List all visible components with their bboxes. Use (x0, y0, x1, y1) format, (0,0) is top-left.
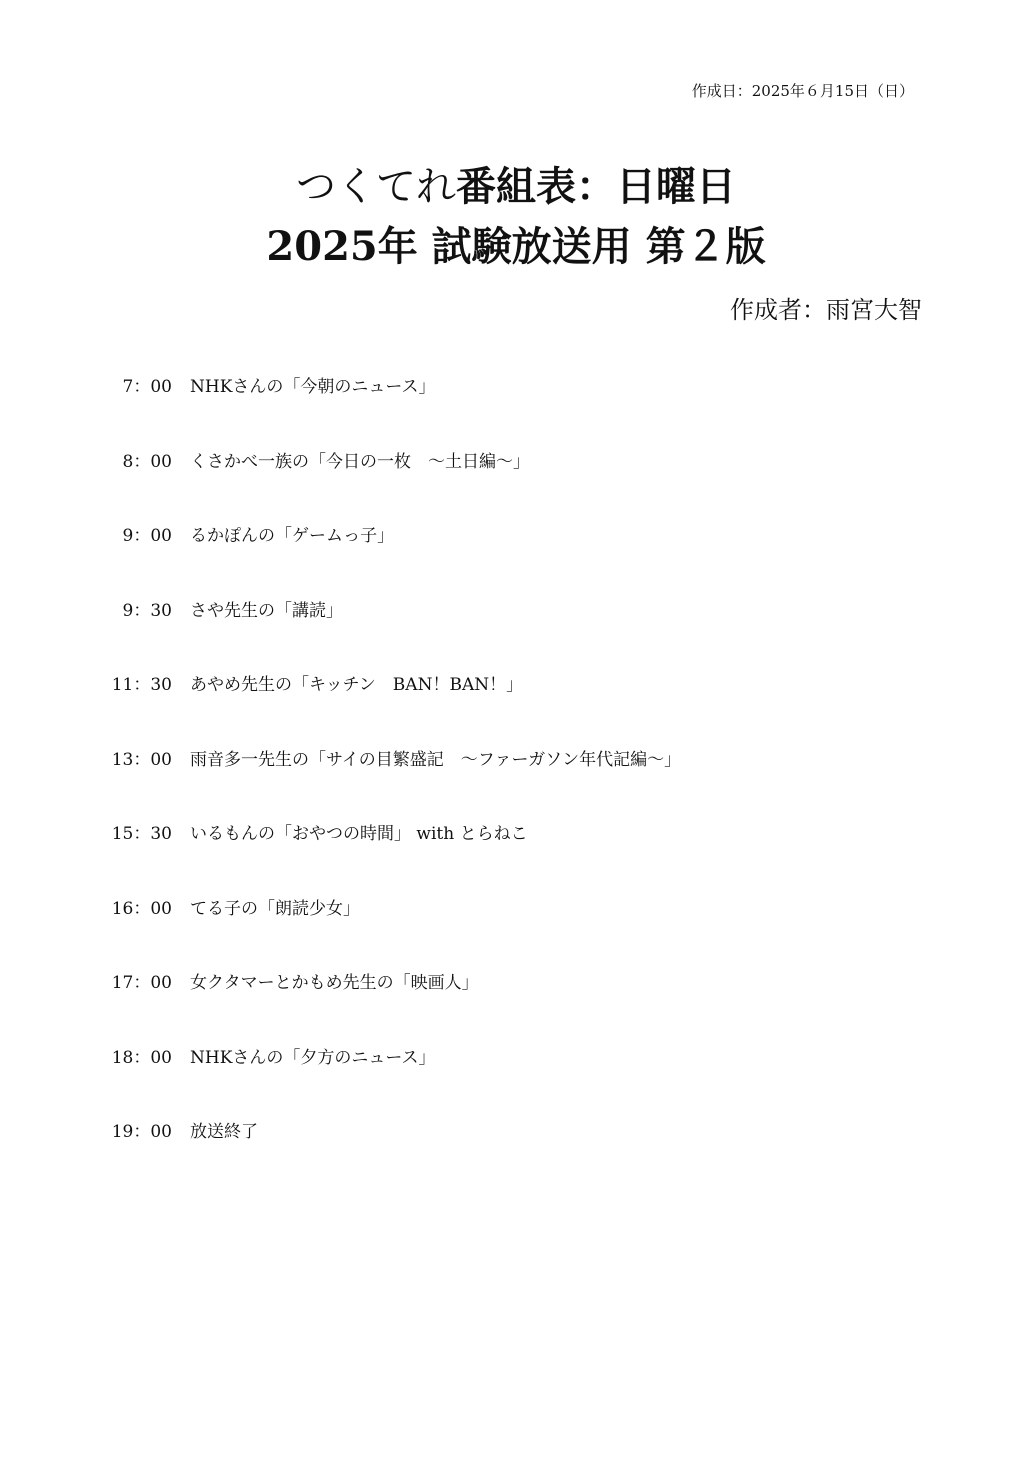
schedule-program: くさかべ一族の「今日の一枚 ～土日編～」 (190, 447, 530, 472)
schedule-time: 16：00 (108, 894, 172, 919)
schedule-row: 9：30 さや先生の「講読」 (108, 596, 928, 671)
schedule-time: 13：00 (108, 745, 172, 770)
title-main: 番組表：日曜日 (456, 163, 736, 210)
schedule-row: 13：00 雨音多一先生の「サイの目繁盛記 ～ファーガソン年代記編～」 (108, 745, 928, 820)
author: 作成者：雨宮大智 (730, 290, 922, 325)
schedule-program: 雨音多一先生の「サイの目繁盛記 ～ファーガソン年代記編～」 (190, 745, 681, 770)
schedule-time: 7：00 (108, 372, 172, 397)
schedule-time: 19：00 (108, 1117, 172, 1142)
schedule-row: 11：30 あやめ先生の「キッチン BAN！BAN！」 (108, 670, 928, 745)
title-kana: つくてれ (296, 164, 456, 210)
schedule-row: 16：00 てる子の「朗読少女」 (108, 894, 928, 969)
schedule-program: 女クタマーとかもめ先生の「映画人」 (190, 968, 479, 993)
schedule-row: 18：00 NHKさんの「夕方のニュース」 (108, 1043, 928, 1118)
schedule-program: いるもんの「おやつの時間」 with とらねこ (190, 819, 528, 844)
created-date: 作成日：2025年６月15日（日） (692, 80, 914, 101)
schedule-list: 7：00 NHKさんの「今朝のニュース」 8：00 くさかべ一族の「今日の一枚 … (108, 372, 928, 1192)
schedule-row: 8：00 くさかべ一族の「今日の一枚 ～土日編～」 (108, 447, 928, 522)
schedule-row: 9：00 るかぽんの「ゲームっ子」 (108, 521, 928, 596)
schedule-program: 放送終了 (190, 1117, 258, 1142)
schedule-program: てる子の「朗読少女」 (190, 894, 360, 919)
schedule-time: 17：00 (108, 968, 172, 993)
schedule-row: 19：00 放送終了 (108, 1117, 928, 1192)
schedule-time: 8：00 (108, 447, 172, 472)
schedule-row: 17：00 女クタマーとかもめ先生の「映画人」 (108, 968, 928, 1043)
document-title: つくてれ番組表：日曜日 2025年 試験放送用 第２版 (0, 158, 1032, 276)
schedule-program: NHKさんの「夕方のニュース」 (190, 1043, 436, 1068)
schedule-row: 7：00 NHKさんの「今朝のニュース」 (108, 372, 928, 447)
schedule-program: NHKさんの「今朝のニュース」 (190, 372, 436, 397)
schedule-program: るかぽんの「ゲームっ子」 (190, 521, 394, 546)
schedule-program: さや先生の「講読」 (190, 596, 343, 621)
schedule-time: 15：30 (108, 819, 172, 844)
title-line-2: 2025年 試験放送用 第２版 (0, 218, 1032, 276)
schedule-program: あやめ先生の「キッチン BAN！BAN！」 (190, 670, 523, 695)
schedule-time: 9：00 (108, 521, 172, 546)
schedule-time: 9：30 (108, 596, 172, 621)
schedule-row: 15：30 いるもんの「おやつの時間」 with とらねこ (108, 819, 928, 894)
title-line-1: つくてれ番組表：日曜日 (0, 158, 1032, 216)
schedule-time: 11：30 (108, 670, 172, 695)
schedule-time: 18：00 (108, 1043, 172, 1068)
